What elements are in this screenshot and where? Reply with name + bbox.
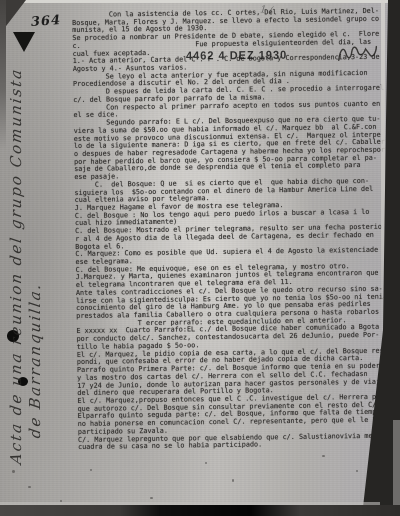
typed-text-body: Con la asistencia de los cc. C ortes, De… (72, 8, 389, 452)
scan-speck (322, 455, 325, 457)
scan-speck (90, 469, 92, 471)
top-margin-mark: 1 ( (259, 4, 274, 16)
folio-number: 364 (31, 13, 62, 30)
margin-note-line2: de Barranquilla. (26, 67, 44, 466)
scan-speck (28, 486, 31, 488)
scan-speck (150, 497, 153, 499)
scanned-document-page: Con la asistencia de los cc. C ortes, De… (0, 0, 400, 516)
triangle-ink-mark (13, 32, 35, 52)
margin-handwritten-note: Acta de una reunion del grupo Comunista … (7, 68, 53, 464)
date-stamp: 4462 4 DEZ 1930 (186, 49, 287, 63)
scan-right-backing (393, 420, 400, 516)
scan-left-edge (0, 0, 6, 150)
margin-note-line1: Acta de una reunion del grupo Comunista (7, 67, 25, 466)
scan-speck (205, 462, 207, 464)
scan-speck (356, 470, 358, 472)
scan-speck (232, 479, 234, 482)
scan-bottom-edge (0, 505, 400, 516)
scan-top-edge (0, 0, 400, 3)
scan-speck (12, 470, 15, 473)
